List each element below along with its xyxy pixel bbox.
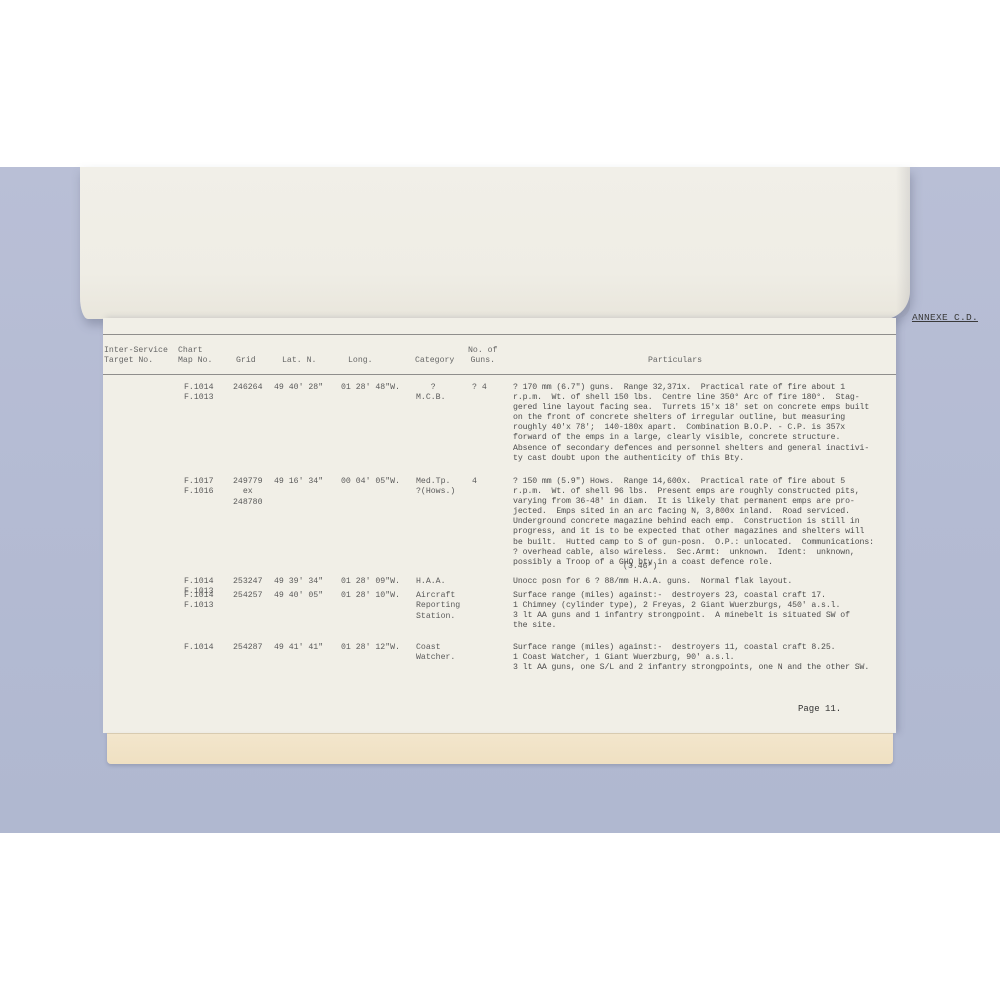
category-cell: Aircraft Reporting Station. (416, 591, 460, 622)
grid-cell: 246264 (233, 383, 262, 393)
long-cell: 01 28' 09"W. (341, 577, 400, 587)
header-rule-bottom (103, 374, 896, 375)
header-long: Long. (348, 356, 373, 366)
chart-map-cell: F.1014 F.1013 (184, 591, 213, 612)
header-grid: Grid (236, 356, 256, 366)
guns-cell: 4 (472, 477, 477, 487)
page-curl-shadow (896, 167, 910, 319)
header-lat: Lat. N. (282, 356, 316, 366)
lat-cell: 49 16' 34" (274, 477, 323, 487)
grid-cell: 249779 ex 248780 (233, 477, 262, 508)
guns-cell: ? 4 (472, 383, 487, 393)
header-particulars: Particulars (648, 356, 702, 366)
header-rule-top (103, 334, 896, 335)
curled-top-page (80, 167, 910, 319)
particulars-cell: ? 150 mm (5.9") Hows. Range 14,600x. Pra… (513, 477, 874, 568)
handwritten-annotation: (3.46") (623, 562, 657, 571)
chart-map-cell: F.1014 F.1013 (184, 383, 213, 404)
lat-cell: 49 41' 41" (274, 643, 323, 653)
long-cell: 01 28' 10"W. (341, 591, 400, 601)
header-guns: No. of Guns. (468, 346, 497, 366)
particulars-cell: Surface range (miles) against:- destroye… (513, 591, 850, 631)
long-cell: 01 28' 12"W. (341, 643, 400, 653)
header-target: Inter-Service Target No. (104, 346, 168, 366)
category-cell: Coast Watcher. (416, 643, 455, 664)
chart-map-cell: F.1017 F.1016 (184, 477, 213, 498)
grid-cell: 254287 (233, 643, 262, 653)
lat-cell: 49 39' 34" (274, 577, 323, 587)
chart-map-cell: F.1014 (184, 643, 213, 653)
header-category: Category (415, 356, 454, 366)
particulars-cell: Surface range (miles) against:- destroye… (513, 643, 869, 673)
particulars-cell: ? 170 mm (6.7") guns. Range 32,371x. Pra… (513, 383, 869, 464)
category-cell: Med.Tp. ?(Hows.) (416, 477, 455, 498)
particulars-cell: Unocc posn for 6 ? 88/mm H.A.A. guns. No… (513, 577, 792, 587)
page-number: Page 11. (798, 704, 841, 714)
lat-cell: 49 40' 28" (274, 383, 323, 393)
lat-cell: 49 40' 05" (274, 591, 323, 601)
long-cell: 01 28' 48"W. (341, 383, 400, 393)
long-cell: 00 04' 05"W. (341, 477, 400, 487)
category-cell: ? M.C.B. (416, 383, 445, 404)
header-chart: Chart Map No. (178, 346, 212, 366)
grid-cell: 253247 (233, 577, 262, 587)
grid-cell: 254257 (233, 591, 262, 601)
category-cell: H.A.A. (416, 577, 445, 587)
booklet-cover-edge (107, 733, 893, 764)
annexe-label: ANNEXE C.D. (912, 312, 978, 323)
